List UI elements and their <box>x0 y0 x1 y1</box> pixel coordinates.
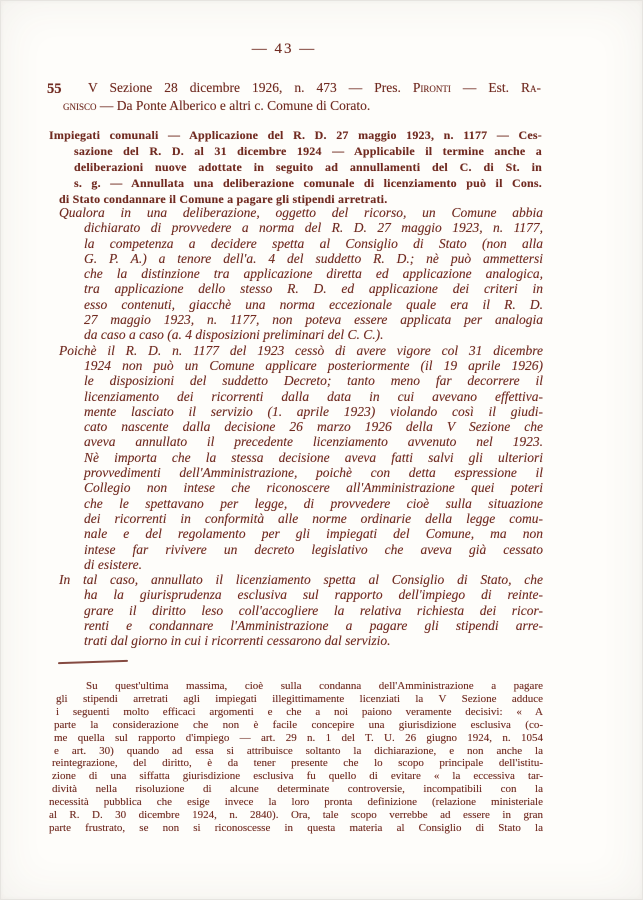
text-line: i seguenti molto efficaci argomenti e ch… <box>56 706 543 719</box>
text-line: grare il diritto leso coll'accogliere la… <box>84 603 543 618</box>
text-segment: Poichè il R. D. n. 1177 del 1923 cessò d… <box>59 343 543 358</box>
text-line: le disposizioni del suddetto Decreto; ta… <box>84 373 543 388</box>
text-segment: che la distinzione tra applicazione dire… <box>84 266 543 281</box>
text-line: nale e del regolamento per gli impiegati… <box>84 526 543 541</box>
text-line: renti e condannare l'Amministrazione a p… <box>84 618 543 633</box>
text-segment: dività nella risoluzione di alcune deter… <box>52 783 543 795</box>
text-segment: ha la giurisprudenza esclusiva sul rappo… <box>84 587 543 602</box>
text-segment: Qualora in una deliberazione, oggetto de… <box>59 205 543 220</box>
text-line: s. g. — Annullata una deliberazione comu… <box>74 175 542 191</box>
text-line: zione di una siffatta giurisdizione escl… <box>52 770 543 783</box>
text-line: reintegrazione, del diritto, è da tener … <box>52 757 543 770</box>
text-line: deliberazioni nuove adottate in seguito … <box>74 159 542 175</box>
text-segment: G. P. A.) a tenore dell'a. 4 del suddett… <box>84 251 543 266</box>
paragraph: Impiegati comunali — Applicazione del R.… <box>74 127 542 207</box>
text-line: dei ricorrenti in conformità alle norme … <box>84 511 543 526</box>
text-segment: di esistere. <box>84 557 142 572</box>
text-segment: reintegrazione, del diritto, è da tener … <box>52 757 543 769</box>
text-segment: trati dal giorno in cui i ricorrenti ces… <box>84 633 391 648</box>
text-segment: la competenza a decidere spetta al Consi… <box>84 236 543 251</box>
paragraph: In tal caso, annullato il licenziamento … <box>56 572 543 648</box>
text-segment: di Stato condannare il Comune a pagare g… <box>59 192 387 206</box>
text-line: sazione del R. D. al 31 dicembre 1924 — … <box>74 143 542 159</box>
text-line: e art. 30) quando ad essa si attribuisce… <box>54 745 543 758</box>
text-segment: necessità pubblica che esige invece la l… <box>49 796 543 808</box>
text-segment: le disposizioni del suddetto Decreto; ta… <box>84 373 543 388</box>
text-line: provvedimenti dell'Amministrazione, poic… <box>84 465 543 480</box>
page-number: — 43 — <box>1 41 567 58</box>
text-line: me quella sul rapporto d'impiego — art. … <box>54 732 543 745</box>
paragraph: Poichè il R. D. n. 1177 del 1923 cessò d… <box>56 343 543 572</box>
decision-body: Qualora in una deliberazione, oggetto de… <box>56 205 543 649</box>
text-segment: provvedimenti dell'Amministrazione, poic… <box>84 465 543 480</box>
text-line: 27 maggio 1923, n. 1177, non poteva esse… <box>84 312 543 327</box>
text-segment: parte frustrato, se non si riconoscesse … <box>49 822 543 834</box>
text-segment: In tal caso, annullato il licenziamento … <box>59 572 543 587</box>
text-segment: V Sezione 28 dicembre 1926, n. 473 — Pre… <box>88 80 413 95</box>
text-line: al R. D. 30 dicembre 1924, n. 2840). Ora… <box>49 809 543 822</box>
text-segment: Su quest'ultima massima, cioè sulla cond… <box>86 680 543 692</box>
scanned-page: — 43 — 55 V Sezione 28 dicembre 1926, n.… <box>0 0 643 900</box>
text-segment: aveva annullato il precedente licenziame… <box>84 434 543 449</box>
case-headnote: Impiegati comunali — Applicazione del R.… <box>74 127 542 207</box>
footnote: Su quest'ultima massima, cioè sulla cond… <box>56 680 543 835</box>
text-segment: dei ricorrenti in conformità alle norme … <box>84 511 543 526</box>
case-heading: V Sezione 28 dicembre 1926, n. 473 — Pre… <box>63 79 541 114</box>
paragraph: Su quest'ultima massima, cioè sulla cond… <box>56 680 543 835</box>
smallcaps-name: Pironti <box>413 80 451 95</box>
text-segment: Collegio non intese che riconoscere all'… <box>84 480 543 495</box>
text-line: Impiegati comunali — Applicazione del R.… <box>74 127 542 143</box>
text-line: Poichè il R. D. n. 1177 del 1923 cessò d… <box>59 343 543 358</box>
text-line: cato nascente dalla decisione 26 marzo 1… <box>84 419 543 434</box>
text-segment: cato nascente dalla decisione 26 marzo 1… <box>84 419 543 434</box>
text-segment: tra applicazione dello stesso R. D. ed a… <box>84 281 543 296</box>
smallcaps-name: Ra- <box>521 80 541 95</box>
text-line: dichiarato di provvedere a norma del R. … <box>84 220 543 235</box>
text-segment: che le spettavano per legge, di provvede… <box>84 496 543 511</box>
text-line: gnisco — Da Ponte Alberico e altri c. Co… <box>63 97 541 115</box>
text-segment: s. g. — Annullata una deliberazione comu… <box>74 176 542 190</box>
footnote-separator-rule <box>58 660 128 664</box>
text-line: trati dal giorno in cui i ricorrenti ces… <box>84 633 543 648</box>
text-line: che le spettavano per legge, di provvede… <box>84 496 543 511</box>
text-segment: nale e del regolamento per gli impiegati… <box>84 526 543 541</box>
text-segment: intese far rivivere un decreto legislati… <box>84 542 543 557</box>
text-segment: al R. D. 30 dicembre 1924, n. 2840). Ora… <box>49 809 543 821</box>
text-line: Nè importa che la stessa decisione aveva… <box>84 450 543 465</box>
text-segment: i seguenti molto efficaci argomenti e ch… <box>56 706 543 718</box>
text-line: licenziamento dei ricorrenti dalla data … <box>84 389 543 404</box>
text-segment: gli stipendi arretrati agli impiegati il… <box>56 693 543 705</box>
text-line: In tal caso, annullato il licenziamento … <box>59 572 543 587</box>
text-segment: me quella sul rapporto d'impiego — art. … <box>54 732 543 744</box>
text-segment: da caso a caso (a. 4 disposizioni prelim… <box>84 327 384 342</box>
case-number: 55 <box>47 81 62 98</box>
text-segment: 27 maggio 1923, n. 1177, non poteva esse… <box>84 312 543 327</box>
text-line: Su quest'ultima massima, cioè sulla cond… <box>56 680 543 693</box>
text-line: dività nella risoluzione di alcune deter… <box>52 783 543 796</box>
text-line: aveva annullato il precedente licenziame… <box>84 434 543 449</box>
text-segment: parte la considerazione che non è facile… <box>54 719 543 731</box>
text-line: Collegio non intese che riconoscere all'… <box>84 480 543 495</box>
text-segment: 1924 non può un Comune applicare posteri… <box>84 358 543 373</box>
paragraph: Qualora in una deliberazione, oggetto de… <box>56 205 543 343</box>
text-segment: deliberazioni nuove adottate in seguito … <box>74 160 542 174</box>
text-line: intese far rivivere un decreto legislati… <box>84 542 543 557</box>
paragraph: V Sezione 28 dicembre 1926, n. 473 — Pre… <box>63 79 541 114</box>
text-line: esso contenuti, giacchè una norma eccezi… <box>84 297 543 312</box>
text-line: mente lasciato il servizio (1. aprile 19… <box>84 404 543 419</box>
text-line: G. P. A.) a tenore dell'a. 4 del suddett… <box>84 251 543 266</box>
text-line: che la distinzione tra applicazione dire… <box>84 266 543 281</box>
smallcaps-name: gnisco <box>63 98 97 113</box>
text-segment: renti e condannare l'Amministrazione a p… <box>84 618 543 633</box>
text-segment: Impiegati comunali — Applicazione del R.… <box>49 128 542 142</box>
text-segment: zione di una siffatta giurisdizione escl… <box>52 770 543 782</box>
text-segment: — Da Ponte Alberico e altri c. Comune di… <box>97 98 371 113</box>
text-line: Qualora in una deliberazione, oggetto de… <box>59 205 543 220</box>
text-segment: dichiarato di provvedere a norma del R. … <box>84 220 543 235</box>
text-line: tra applicazione dello stesso R. D. ed a… <box>84 281 543 296</box>
text-segment: mente lasciato il servizio (1. aprile 19… <box>84 404 543 419</box>
text-segment: grare il diritto leso coll'accogliere la… <box>84 603 543 618</box>
text-line: necessità pubblica che esige invece la l… <box>49 796 543 809</box>
text-segment: e art. 30) quando ad essa si attribuisce… <box>54 745 543 757</box>
text-line: 1924 non può un Comune applicare posteri… <box>84 358 543 373</box>
text-line: la competenza a decidere spetta al Consi… <box>84 236 543 251</box>
text-segment: licenziamento dei ricorrenti dalla data … <box>84 389 543 404</box>
text-line: parte frustrato, se non si riconoscesse … <box>49 822 543 835</box>
text-line: parte la considerazione che non è facile… <box>54 719 543 732</box>
text-segment: sazione del R. D. al 31 dicembre 1924 — … <box>74 144 542 158</box>
text-segment: esso contenuti, giacchè una norma eccezi… <box>84 297 543 312</box>
text-line: da caso a caso (a. 4 disposizioni prelim… <box>84 327 543 342</box>
text-segment: — Est. <box>451 80 521 95</box>
text-line: ha la giurisprudenza esclusiva sul rappo… <box>84 587 543 602</box>
text-line: gli stipendi arretrati agli impiegati il… <box>56 693 543 706</box>
text-segment: Nè importa che la stessa decisione aveva… <box>84 450 543 465</box>
text-line: V Sezione 28 dicembre 1926, n. 473 — Pre… <box>63 79 541 97</box>
text-line: di esistere. <box>84 557 543 572</box>
